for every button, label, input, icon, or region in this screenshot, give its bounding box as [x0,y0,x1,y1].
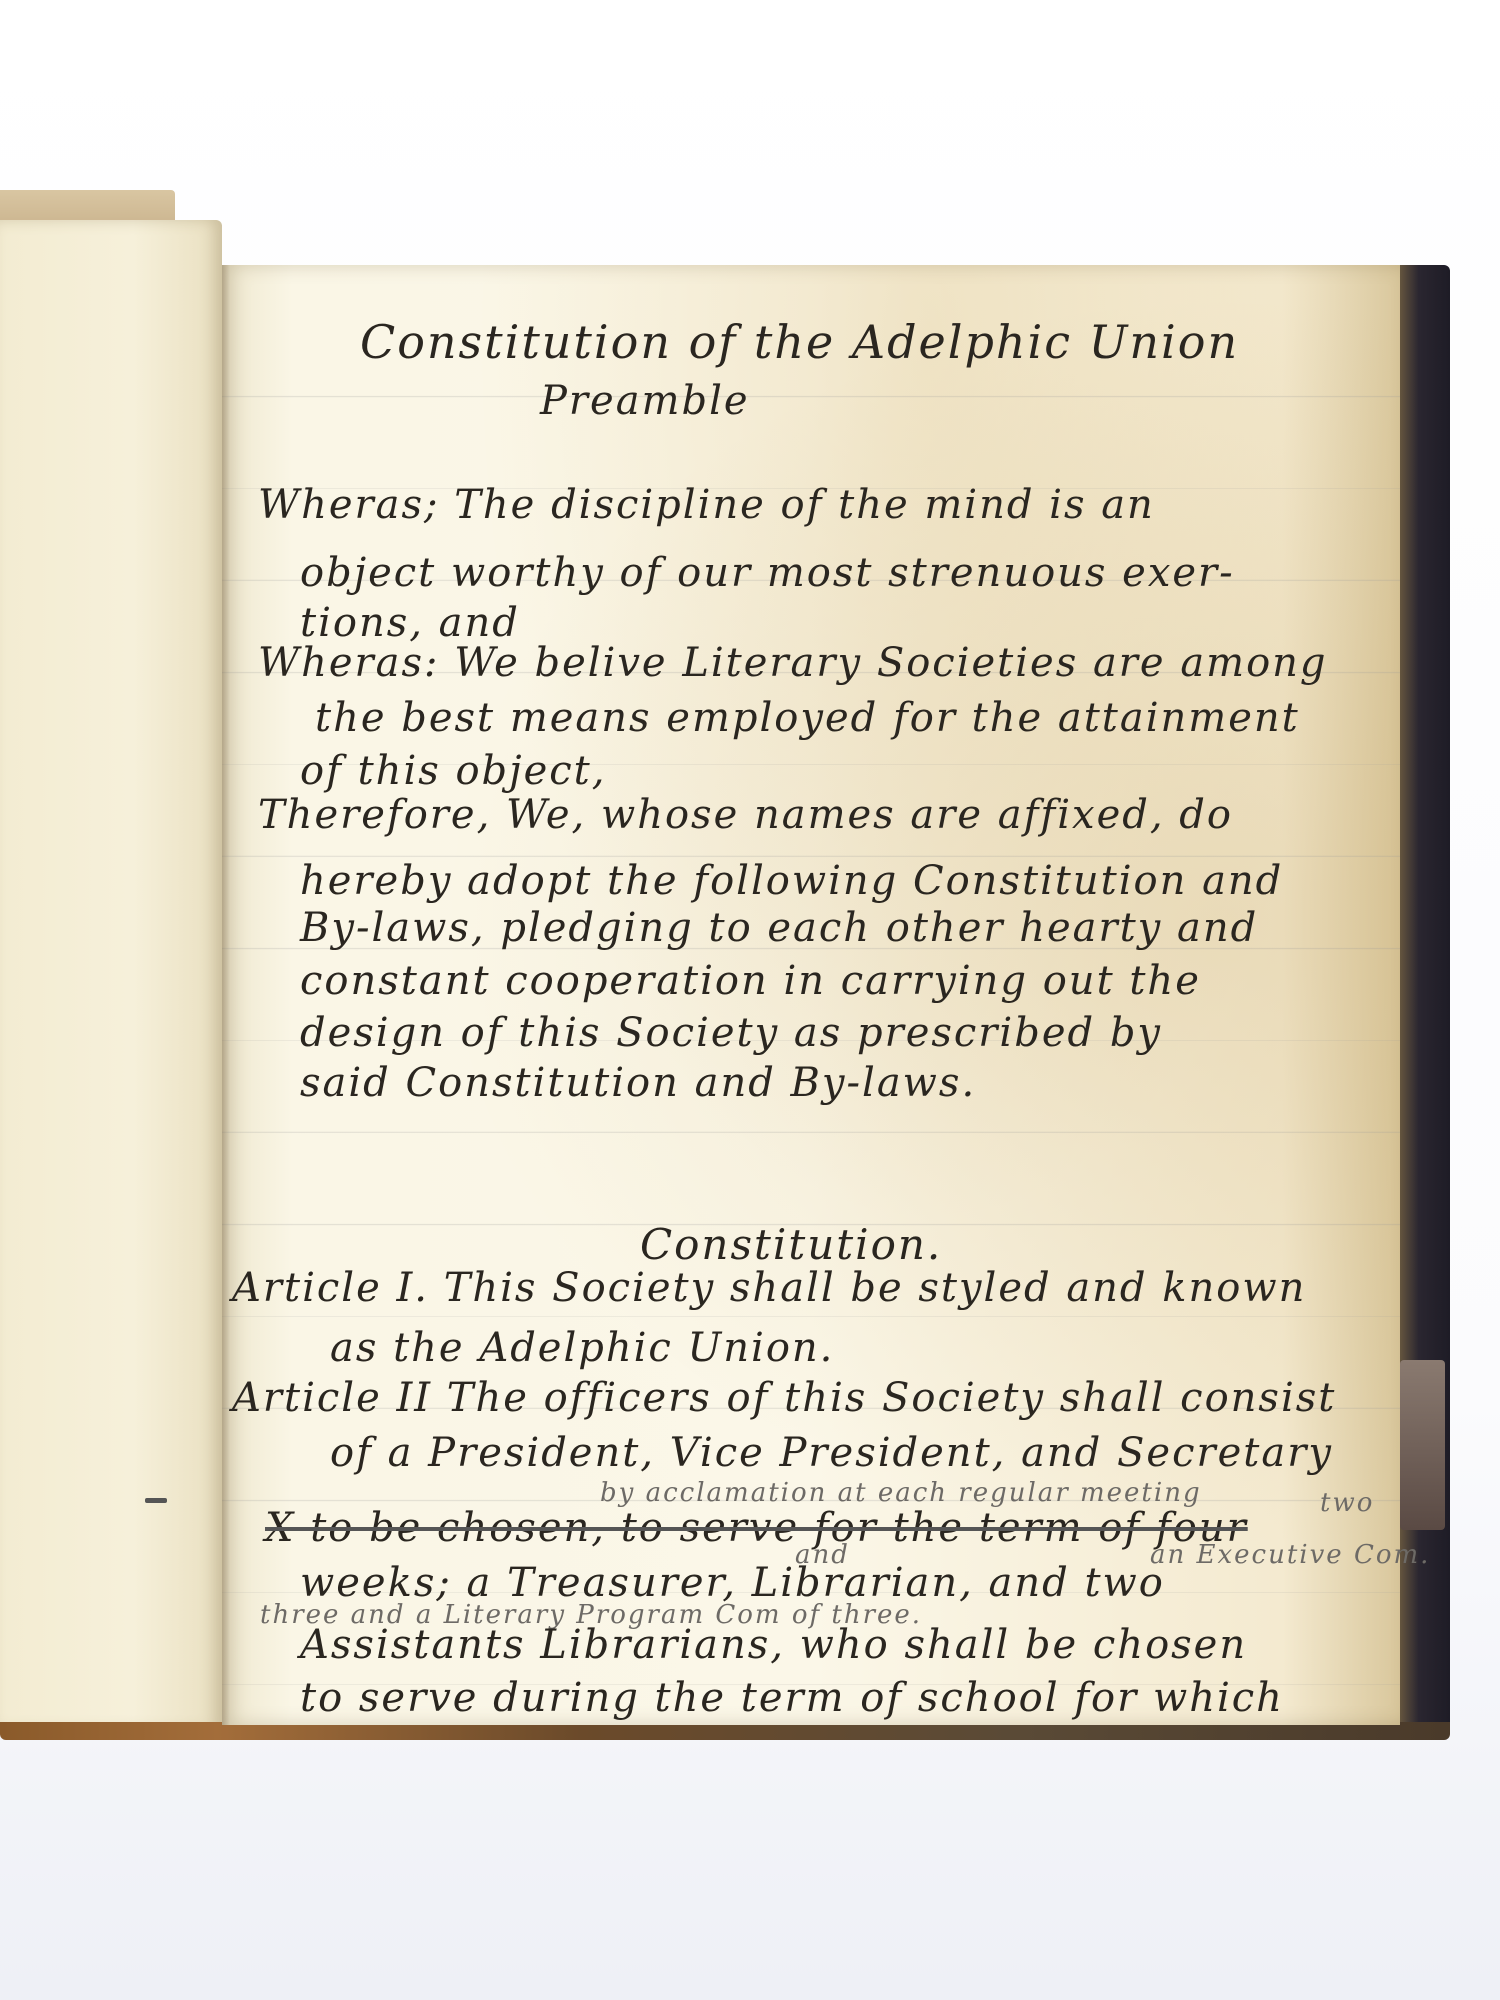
article-line: X to be chosen, to serve for the term of… [265,1505,1248,1551]
preamble-line: design of this Society as prescribed by [300,1010,1162,1056]
preamble-line: Therefore, We, whose names are affixed, … [258,792,1233,838]
article-line: Article II The officers of this Society … [232,1375,1336,1421]
preamble-line: Wheras: We belive Literary Societies are… [258,640,1328,686]
preamble-line: the best means employed for the attainme… [315,695,1300,741]
preamble-line: Wheras; The discipline of the mind is an [258,482,1155,528]
article-line: as the Adelphic Union. [330,1325,834,1371]
article-line: Article I. This Society shall be styled … [232,1265,1306,1311]
article-line: to serve during the term of school for w… [300,1675,1284,1721]
preamble-line: of this object, [300,748,606,794]
preamble-line: hereby adopt the following Constitution … [300,858,1283,904]
article-line: Assistants Librarians, who shall be chos… [300,1622,1247,1668]
ink-mark [145,1498,167,1503]
preamble-line: said Constitution and By-laws. [300,1060,976,1106]
left-page [0,220,222,1730]
preamble-heading: Preamble [540,378,750,424]
pencil-annotation: an Executive Com. [1150,1540,1430,1570]
constitution-heading: Constitution. [640,1220,942,1269]
article-line: of a President, Vice President, and Secr… [330,1430,1333,1476]
page-gutter [222,265,230,1725]
page-title: Constitution of the Adelphic Union [360,315,1239,369]
preamble-line: constant cooperation in carrying out the [300,958,1201,1004]
pencil-annotation: two [1320,1488,1374,1518]
worn-cover-patch [1400,1360,1445,1530]
preamble-line: object worthy of our most strenuous exer… [300,550,1235,596]
pencil-annotation: by acclamation at each regular meeting [600,1478,1202,1508]
preamble-line: By-laws, pledging to each other hearty a… [300,905,1258,951]
